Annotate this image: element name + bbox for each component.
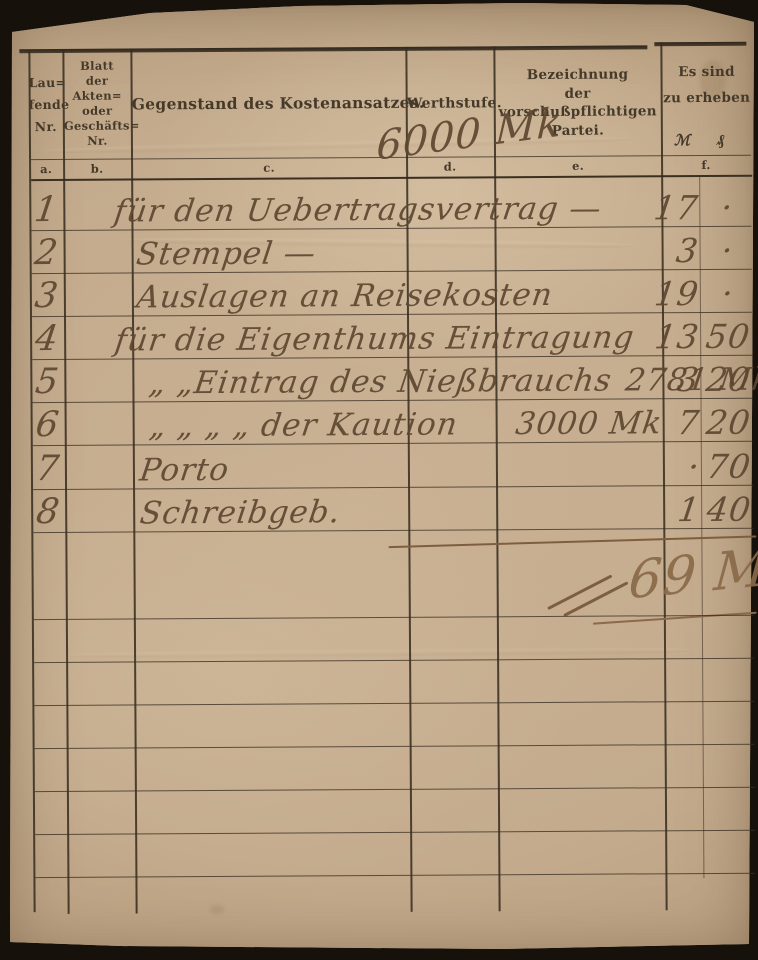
column-header-akten-nr: BlattderAkten= oderGeschäfts=Nr. bbox=[63, 59, 131, 149]
row-description-text: Auslagen an Reisekosten bbox=[134, 277, 555, 316]
row-number: 2 bbox=[28, 233, 65, 273]
row-description-text: „ „Eintrag des Nießbrauchs bbox=[147, 363, 614, 402]
row-number: 6 bbox=[29, 405, 66, 445]
row-amount-mark: 19 bbox=[646, 274, 701, 313]
row-amount-mark: 1 bbox=[648, 490, 703, 529]
handwritten-entries: 1für den Uebertragsvertrag —17·2Stempel … bbox=[0, 0, 755, 2]
column-letter-d: d. bbox=[440, 159, 460, 173]
row-description: für den Uebertragsvertrag — bbox=[112, 191, 604, 230]
row-amount-pfennig: 50 bbox=[703, 317, 754, 356]
pfennig-currency-symbol: ₰ bbox=[717, 131, 725, 150]
row-description-text: „ „ „ „ der Kaution bbox=[147, 407, 460, 445]
row-number: 8 bbox=[30, 492, 67, 532]
table-top-border-right bbox=[654, 42, 746, 46]
row-amount-mark: · bbox=[647, 447, 702, 486]
row-number: 1 bbox=[28, 190, 65, 230]
column-letter-b: b. bbox=[87, 162, 107, 176]
table-row-line bbox=[34, 658, 754, 664]
row-amount-pfennig: 40 bbox=[704, 490, 755, 529]
row-number: 7 bbox=[29, 449, 66, 489]
row-description-text: Schreibgeb. bbox=[138, 494, 343, 531]
cost-table: Lau=fendeNr. BlattderAkten= oderGeschäft… bbox=[0, 0, 758, 960]
scanned-document: { "header": { "columns": [ {"id":"a","li… bbox=[0, 0, 758, 960]
row-amount-mark: 3 bbox=[647, 360, 702, 399]
check-slash-mark bbox=[563, 581, 628, 616]
row-description: für die Eigenthums Eintragung bbox=[113, 319, 637, 358]
table-row-line bbox=[34, 701, 754, 707]
row-amount-mark: 13 bbox=[647, 317, 702, 356]
mark-currency-symbol: ℳ bbox=[674, 131, 690, 149]
column-header-laufende-nr: Lau=fendeNr. bbox=[29, 72, 63, 138]
row-amount-mark: 17 bbox=[646, 188, 701, 227]
row-number: 5 bbox=[29, 362, 66, 402]
row-description-text: für die Eigenthums Eintragung bbox=[113, 319, 637, 358]
table-row-line bbox=[35, 830, 755, 836]
column-header-gegenstand: Gegenstand des Kostenansatzes. bbox=[132, 93, 406, 114]
row-description: Porto bbox=[138, 452, 232, 489]
total-underline-flourish bbox=[593, 612, 757, 625]
row-number: 4 bbox=[28, 319, 65, 359]
row-description-text: für den Uebertragsvertrag — bbox=[112, 191, 604, 230]
row-amount-pfennig: 20 bbox=[703, 403, 754, 442]
row-amount-pfennig: 20 bbox=[703, 360, 754, 399]
row-description: Schreibgeb. bbox=[138, 494, 343, 531]
total-amount: 69 Mk bbox=[626, 535, 758, 612]
column-header-es-sind: Es sind zu erheben bbox=[661, 64, 751, 107]
row-description: Stempel — bbox=[134, 235, 318, 272]
table-top-border bbox=[19, 45, 647, 52]
row-description-text: Porto bbox=[138, 452, 232, 489]
column-letter-e: e. bbox=[568, 159, 588, 173]
row-number: 3 bbox=[28, 276, 65, 316]
row-amount-mark: 7 bbox=[647, 403, 702, 442]
row-amount-pfennig: · bbox=[702, 231, 753, 270]
column-letter-c: c. bbox=[259, 161, 279, 175]
row-amount-mark: 3 bbox=[646, 231, 701, 270]
row-description: Auslagen an Reisekosten bbox=[134, 277, 555, 316]
row-description: „ „ „ „ der Kaution3000 Mk bbox=[147, 405, 664, 444]
header-bottom-line bbox=[31, 175, 752, 182]
row-amount-pfennig: 70 bbox=[703, 447, 754, 486]
table-row-line bbox=[35, 744, 755, 750]
table-row-line bbox=[35, 787, 755, 793]
column-letter-f: f. bbox=[696, 158, 716, 172]
column-letter-a: a. bbox=[36, 162, 56, 176]
table-row-line bbox=[35, 873, 755, 879]
row-description-text: Stempel — bbox=[134, 235, 318, 272]
row-amount-pfennig: · bbox=[702, 188, 753, 227]
row-amount-pfennig: · bbox=[702, 274, 753, 313]
row-werthstufe-note: 3000 Mk bbox=[513, 405, 664, 442]
